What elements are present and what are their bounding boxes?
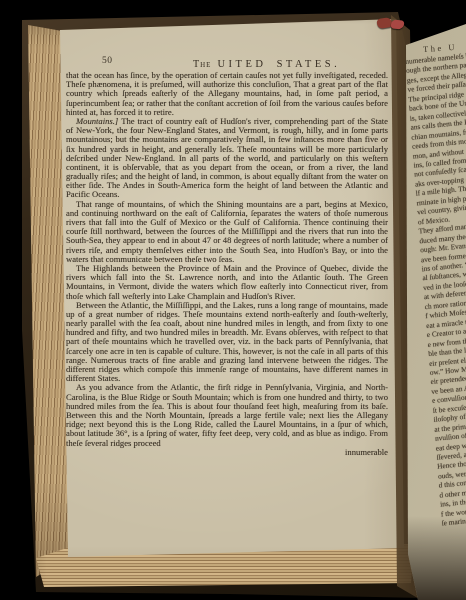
paragraph-4: The Highlands between the Province of Ma… [66,264,388,301]
paragraph-6: As you advance from the Atlantic, the fi… [66,383,388,447]
paragraph-text: that the ocean has ſince, by the operati… [66,71,388,117]
paragraph-2: Mountains.]The tract of country eaſt of … [66,117,388,200]
catchword: innumerable [66,448,388,457]
page-text: that the ocean has ſince, by the operati… [66,71,388,547]
page-number: 50 [102,56,113,66]
paragraph-text: That range of mountains, of which the Sh… [66,199,388,264]
paragraph-text: As you advance from the Atlantic, the fi… [66,382,388,447]
book-photograph: 50 TheUITED STATES. that the ocean has ſ… [0,0,466,600]
paragraph-5: Between the Atlantic, the Miſſiſſippi, a… [66,301,388,384]
paragraph-text: Between the Atlantic, the Miſſiſſippi, a… [66,300,388,384]
paragraph-3: That range of mountains, of which the Sh… [66,200,388,264]
paragraph-text: The tract of country eaſt of Hudſon's ri… [66,116,388,200]
running-head-prefix: The [193,59,211,70]
running-head: TheUITED STATES. [193,54,340,72]
running-head-title: UITED STATES. [217,59,340,70]
paragraph-1: that the ocean has ſince, by the operati… [66,71,388,117]
right-page-text: numerable nameleſs bro ough the northern… [405,44,466,529]
paragraph-text: The Highlands between the Province of Ma… [66,263,388,301]
